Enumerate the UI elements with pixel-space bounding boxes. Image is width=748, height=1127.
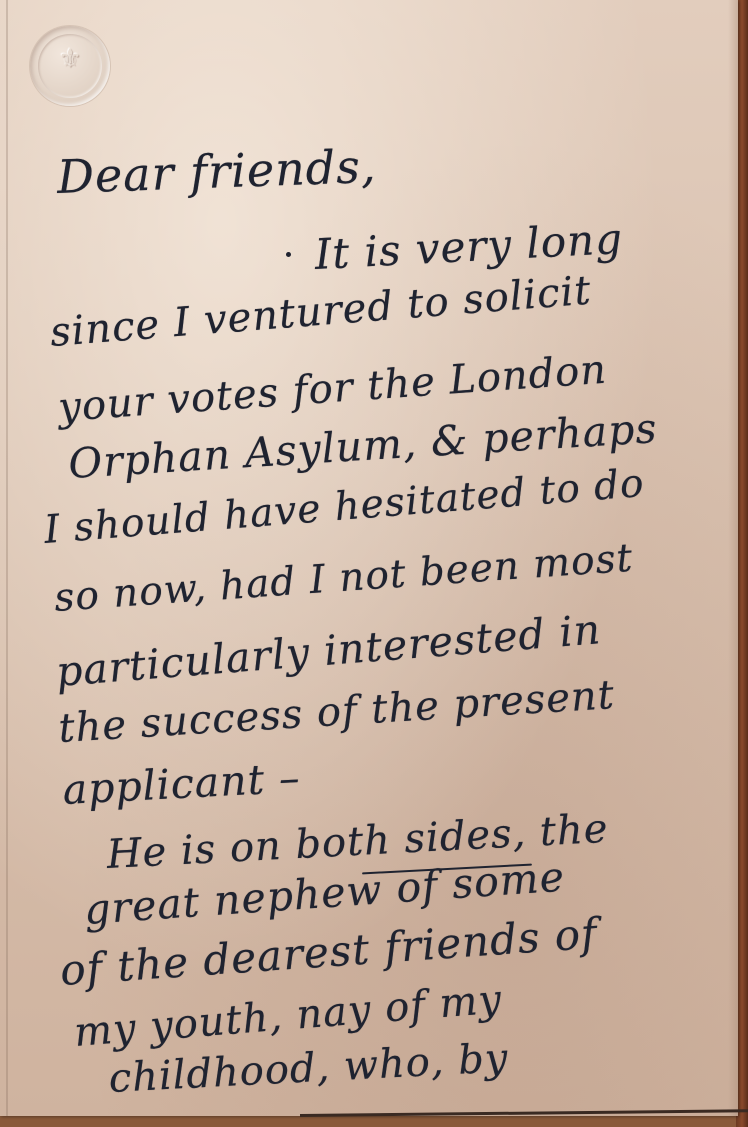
letter-page: ⚜ Dear friends, It is very long since I … [0,0,738,1116]
embossed-seal: ⚜ [30,26,110,106]
letter-line-9: applicant – [61,754,301,814]
letter-line-2: since I ventured to solicit [48,268,593,356]
ink-dot [286,252,291,257]
letter-line-6: so now, had I not been most [53,536,635,621]
seal-ring: ⚜ [38,34,102,98]
crest-icon: ⚜ [38,44,102,74]
paper-right-edge [728,0,738,1116]
paper-fold-line [6,0,8,1116]
salutation: Dear friends, [56,139,377,204]
